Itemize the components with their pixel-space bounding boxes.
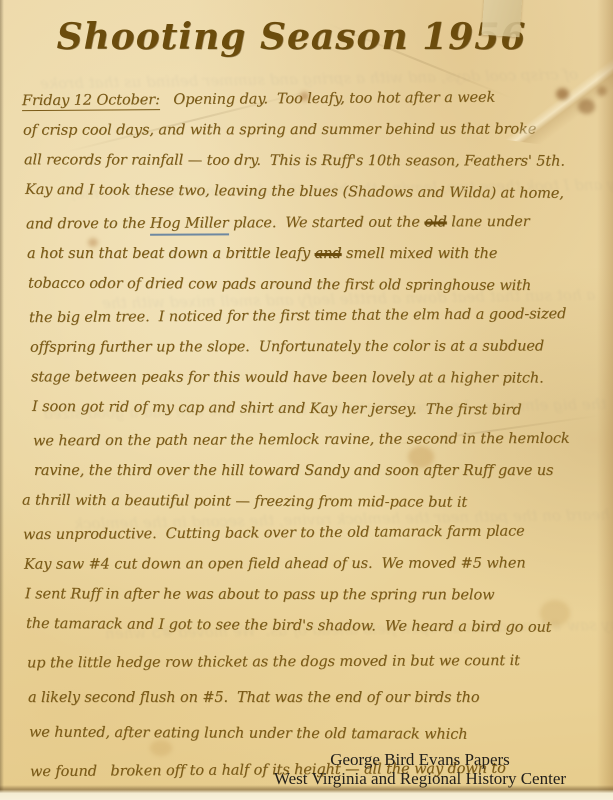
manuscript-line: Kay saw #4 cut down an open field ahead … — [24, 548, 603, 580]
manuscript-text-segment: was unproductive. Cutting back over to t… — [23, 523, 525, 543]
manuscript-text-segment: Friday 12 October: — [22, 92, 160, 111]
manuscript-text-segment: a thrill with a beautiful point — freezi… — [22, 493, 467, 511]
manuscript-line: stage between peaks for this would have … — [31, 362, 603, 394]
manuscript-text-segment: a likely second flush on #5. That was th… — [28, 690, 480, 706]
manuscript-line: Kay and I took these two, leaving the bl… — [25, 175, 603, 210]
ink-stain — [578, 99, 595, 114]
paper-stain — [88, 238, 98, 247]
manuscript-text-segment: and drove to the — [26, 216, 150, 233]
manuscript-text-segment: and — [315, 246, 342, 262]
manuscript-text-segment: offspring further up the slope. Unfortun… — [30, 338, 544, 355]
manuscript-text-segment: lane under — [447, 214, 530, 230]
manuscript-lines: Friday 12 October: Opening day. Too leaf… — [22, 84, 603, 786]
manuscript-text-segment: we heard on the path near the hemlock ra… — [33, 431, 570, 450]
paper-stain — [150, 740, 172, 756]
manuscript-line: I sent Ruff in after he was about to pas… — [25, 579, 603, 611]
page-edge-bottom — [0, 785, 613, 800]
manuscript-text-segment: I sent Ruff in after he was about to pas… — [25, 586, 494, 603]
ink-stain — [556, 88, 569, 100]
manuscript-line: offspring further up the slope. Unfortun… — [30, 331, 603, 363]
manuscript-text-segment: a hot sun that beat down a brittle leafy — [27, 246, 315, 262]
manuscript-line: tobacco odor of dried cow pads around th… — [28, 269, 603, 303]
manuscript-line: the big elm tree. I noticed for the firs… — [29, 299, 603, 334]
manuscript-text-segment: smell mixed with the — [342, 246, 498, 262]
manuscript-text-segment: place. We started out the — [229, 214, 425, 231]
manuscript-line: a thrill with a beautiful point — freezi… — [22, 486, 603, 520]
manuscript-line: a hot sun that beat down a brittle leafy… — [27, 239, 603, 270]
manuscript-text-segment: all records for rainfall — too dry. This… — [24, 152, 565, 169]
manuscript-text-segment: old — [424, 214, 446, 230]
manuscript-line: ravine, the third over the hill toward S… — [34, 456, 603, 487]
manuscript-text-segment: Kay and I took these two, leaving the bl… — [25, 182, 564, 202]
manuscript-text-segment: of crisp cool days, and with a spring an… — [23, 121, 536, 138]
manuscript-text-segment: the tamarack and I got to see the bird's… — [26, 616, 552, 636]
manuscript-line: the tamarack and I got to see the bird's… — [26, 609, 603, 644]
page-edge-right — [597, 0, 613, 800]
manuscript-line: we hunted, after eating lunch under the … — [29, 718, 603, 752]
watermark-line-1: George Bird Evans Papers — [235, 750, 605, 769]
manuscript-text-segment: Opening day. Too leafy, too hot after a … — [160, 90, 495, 108]
manuscript-text-segment: the big elm tree. I noticed for the firs… — [29, 306, 566, 326]
manuscript-text-segment: Kay saw #4 cut down an open field ahead … — [24, 555, 526, 572]
manuscript-text-segment: tobacco odor of dried cow pads around th… — [28, 276, 531, 294]
manuscript-text-segment: up the little hedge row thicket as the d… — [27, 653, 520, 671]
manuscript-line: we heard on the path near the hemlock ra… — [33, 424, 603, 458]
manuscript-page: of crisp cool days, and with a spring an… — [0, 0, 613, 800]
archive-watermark: George Bird Evans Papers West Virginia a… — [235, 750, 605, 788]
manuscript-text-segment: ravine, the third over the hill toward S… — [34, 463, 553, 479]
manuscript-text-segment: we hunted, after eating lunch under the … — [29, 725, 468, 743]
paper-stain — [408, 446, 434, 468]
manuscript-line: I soon got rid of my cap and shirt and K… — [32, 392, 603, 427]
manuscript-text-segment: I soon got rid of my cap and shirt and K… — [32, 399, 522, 419]
manuscript-line: and drove to the Hog Miller place. We st… — [26, 207, 603, 241]
manuscript-text-segment: stage between peaks for this would have … — [31, 369, 544, 386]
paper-stain — [300, 92, 309, 101]
tape-piece — [482, 0, 523, 37]
paper-stain — [540, 600, 570, 626]
page-edge-left — [0, 0, 4, 800]
manuscript-line: up the little hedge row thicket as the d… — [27, 646, 603, 680]
manuscript-text-segment: Hog Miller — [150, 215, 229, 235]
manuscript-line: all records for rainfall — too dry. This… — [24, 145, 603, 177]
manuscript-line: was unproductive. Cutting back over to t… — [23, 516, 603, 551]
manuscript-line: a likely second flush on #5. That was th… — [28, 683, 603, 714]
